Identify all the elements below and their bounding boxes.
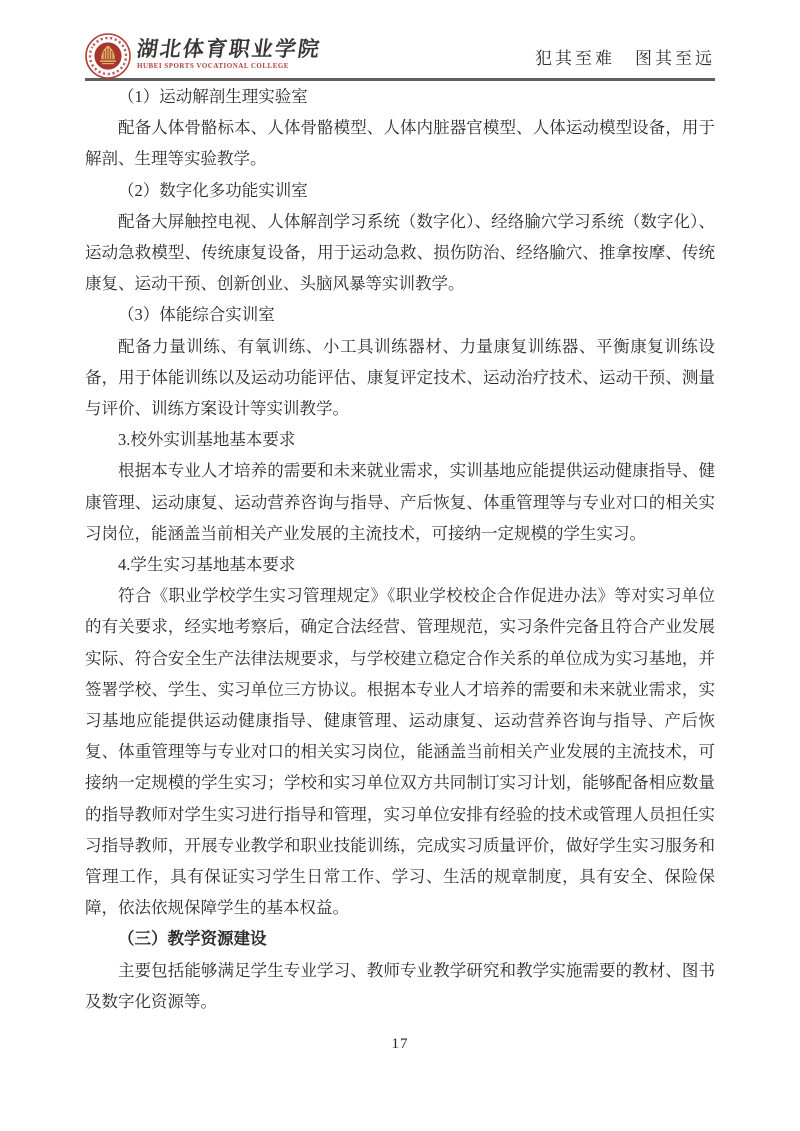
- page-header: 湖北体育职业学院 HUBEI SPORTS VOCATIONAL COLLEGE…: [85, 30, 715, 81]
- paragraph: （2）数字化多功能实训室: [85, 175, 715, 206]
- college-seal-icon: [85, 33, 131, 79]
- paragraph: 3.校外实训基地基本要求: [85, 424, 715, 455]
- paragraph: （3）体能综合实训室: [85, 299, 715, 330]
- page-number: 17: [0, 1036, 800, 1053]
- document-page: 湖北体育职业学院 HUBEI SPORTS VOCATIONAL COLLEGE…: [0, 0, 800, 1131]
- college-name-zh: 湖北体育职业学院: [135, 38, 322, 60]
- paragraph: 主要包括能够满足学生专业学习、教师专业教学研究和教学实施需要的教材、图书及数字化…: [85, 955, 715, 1017]
- paragraph: 配备大屏触控电视、人体解剖学习系统（数字化）、经络腧穴学习系统（数字化）、运动急…: [85, 206, 715, 300]
- paragraph: 配备力量训练、有氧训练、小工具训练器材、力量康复训练器、平衡康复训练设备，用于体…: [85, 331, 715, 425]
- paragraph: 配备人体骨骼标本、人体骨骼模型、人体内脏器官模型、人体运动模型设备，用于解剖、生…: [85, 112, 715, 174]
- paragraph: 根据本专业人才培养的需要和未来就业需求，实训基地应能提供运动健康指导、健康管理、…: [85, 455, 715, 549]
- college-name-en: HUBEI SPORTS VOCATIONAL COLLEGE: [137, 62, 321, 70]
- document-body: （1）运动解剖生理实验室 配备人体骨骼标本、人体骨骼模型、人体内脏器官模型、人体…: [85, 81, 715, 1017]
- paragraph: 符合《职业学校学生实习管理规定》《职业学校校企合作促进办法》等对实习单位的有关要…: [85, 580, 715, 923]
- paragraph: 4.学生实习基地基本要求: [85, 549, 715, 580]
- college-logo: 湖北体育职业学院 HUBEI SPORTS VOCATIONAL COLLEGE: [85, 33, 321, 78]
- college-motto: 犯其至难 图其至远: [535, 44, 715, 69]
- paragraph: （三）教学资源建设: [85, 923, 715, 954]
- college-name-block: 湖北体育职业学院 HUBEI SPORTS VOCATIONAL COLLEGE: [137, 38, 321, 73]
- paragraph: （1）运动解剖生理实验室: [85, 81, 715, 112]
